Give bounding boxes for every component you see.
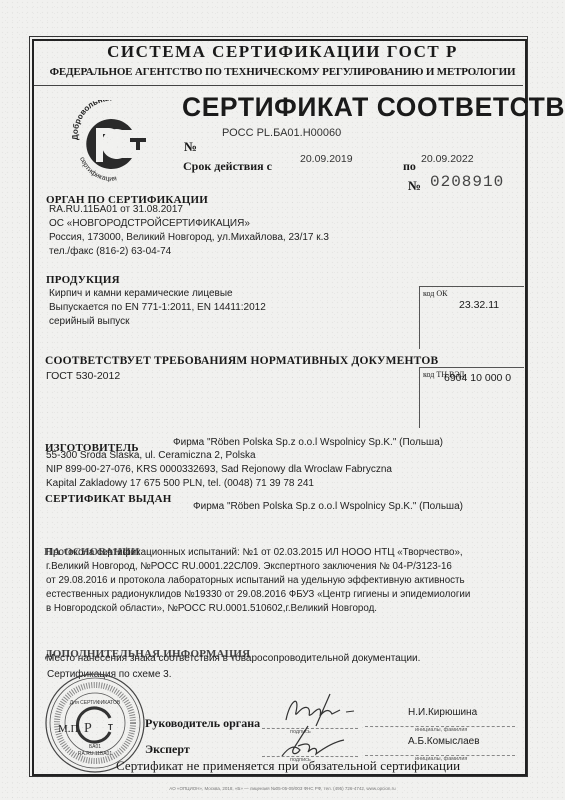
issued-to-heading: СЕРТИФИКАТ ВЫДАН (45, 493, 171, 505)
expert-signature-icon (278, 722, 358, 762)
ok-code-value: 23.32.11 (459, 299, 499, 311)
certification-body-line: RA.RU.11БА01 от 31.08.2017 (49, 203, 183, 217)
blank-number-label: № (408, 178, 421, 194)
svg-text:P: P (84, 721, 92, 736)
ok-code-box: код ОК 23.32.11 (419, 286, 524, 349)
header-divider (34, 85, 523, 86)
basis-line: г.Великий Новгород, №РОСС RU.0001.22СЛ09… (46, 560, 452, 574)
manufacturer-name: Фирма "Röben Polska Sp.z o.o.l Wspolnicy… (173, 436, 443, 450)
standard: ГОСТ 530-2012 (46, 370, 120, 384)
additional-info-line: Место нанесения знака соответствия в тов… (46, 652, 420, 666)
manufacturer-line: NIP 899-00-27-076, KRS 0000332693, Sad R… (46, 463, 392, 477)
conformity-heading: СООТВЕТСТВУЕТ ТРЕБОВАНИЯМ НОРМАТИВНЫХ ДО… (45, 355, 438, 367)
validity-label: Срок действия с (183, 159, 272, 174)
blank-number: 0208910 (430, 173, 504, 191)
svg-text:М.П.: М.П. (58, 723, 81, 735)
product-line: серийный выпуск (49, 315, 130, 329)
manufacturer-line: 55-300 Sroda Slaska, ul. Ceramiczna 2, P… (46, 449, 256, 463)
expert-label: Эксперт (145, 742, 190, 757)
issued-to-name: Фирма "Röben Polska Sp.z o.o.l Wspolnicy… (193, 500, 463, 514)
svg-text:Для СЕРТИФИКАТОВ: Для СЕРТИФИКАТОВ (70, 700, 121, 706)
basis-line: в Новгородской области», №РОСС RU.0001.5… (46, 602, 377, 616)
tnved-code-value: 6904 10 000 0 (444, 372, 511, 384)
svg-text:БА01: БА01 (89, 744, 101, 750)
ok-code-label: код ОК (423, 289, 447, 298)
head-name-caption: инициалы, фамилия (415, 727, 467, 733)
rst-logo-icon: Добровольная сертификация (66, 100, 156, 184)
head-of-body-label: Руководитель органа (145, 716, 260, 731)
basis-line: от 29.08.2016 и протокола лабораторных и… (46, 574, 465, 588)
product-heading: ПРОДУКЦИЯ (46, 274, 120, 286)
basis-line: естественных радионуклидов №19330 от 29.… (46, 588, 470, 602)
certificate-number: РОСС PL.БА01.Н00060 (222, 127, 341, 139)
print-footer: АО «ОПЦИОН», Москва, 2018, «Б» — лицензи… (0, 786, 565, 791)
product-line: Кирпич и камни керамические лицевые (49, 287, 233, 301)
expert-name: А.Б.Комыслаев (408, 735, 480, 749)
tnved-code-box: код ТН ВЭД 6904 10 000 0 (419, 367, 524, 428)
svg-text:T: T (108, 723, 113, 732)
agency-title: ФЕДЕРАЛЬНОЕ АГЕНТСТВО ПО ТЕХНИЧЕСКОМУ РЕ… (0, 66, 565, 78)
certificate-note: Сертификат не применяется при обязательн… (116, 758, 460, 774)
certificate-title: СЕРТИФИКАТ СООТВЕТСТВИЯ (182, 92, 565, 123)
certification-body-line: ОС «НОВГОРОДСТРОЙСЕРТИФИКАЦИЯ» (49, 217, 250, 231)
certification-body-line: Россия, 173000, Великий Новгород, ул.Мих… (49, 231, 329, 245)
valid-to-label: по (403, 159, 416, 174)
system-title: СИСТЕМА СЕРТИФИКАЦИИ ГОСТ Р (0, 42, 565, 62)
svg-text:RA.RU.11БА01: RA.RU.11БА01 (78, 751, 112, 757)
manufacturer-line: Kapital Zakladowy 17 675 500 PLN, tel. (… (46, 477, 314, 491)
certification-body-line: тел./факс (816-2) 63-04-74 (49, 245, 171, 259)
product-line: Выпускается по EN 771-1:2011, EN 14411:2… (49, 301, 266, 315)
number-label: № (184, 139, 197, 155)
valid-to: 20.09.2022 (421, 153, 474, 165)
basis-line: Протокола сертификационных испытаний: №1… (46, 546, 463, 560)
valid-from: 20.09.2019 (300, 153, 353, 165)
head-name: Н.И.Кирюшина (408, 706, 477, 720)
